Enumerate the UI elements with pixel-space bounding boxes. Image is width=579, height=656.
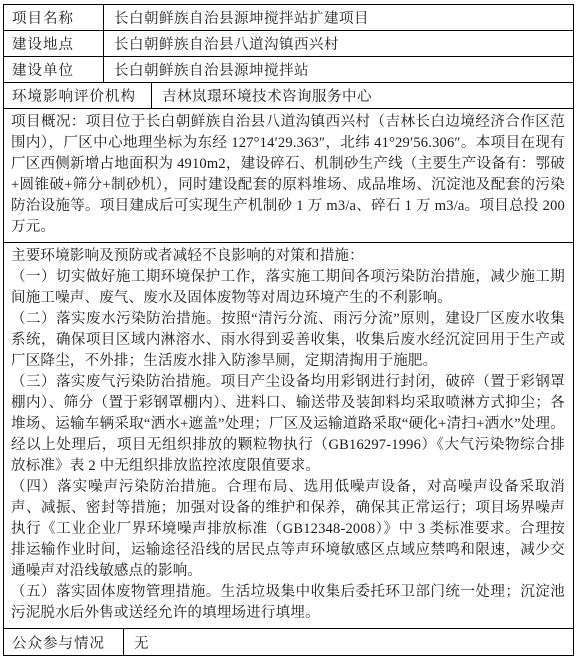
row-measures: 主要环境影响及预防或者减轻不良影响的对策和措施： （一）切实做好施工期环境保护工… (4, 243, 573, 629)
eia-agency-value: 吉林岚璟环境技术咨询服务中心 (152, 83, 573, 108)
construction-unit-label: 建设单位 (4, 57, 104, 82)
eia-agency-label: 环境影响评价机构 (4, 83, 152, 108)
project-overview-text: 项目概况：项目位于长白朝鲜族自治县八道沟镇西兴村（吉林长白边境经济合作区范围内）… (11, 112, 565, 238)
measures-heading: 主要环境影响及预防或者减轻不良影响的对策和措施： (11, 246, 565, 267)
measure-item-noise: （四）落实噪声污染防治措施。合理布局、选用低噪声设备，对高噪声设备采取消声、减振… (11, 477, 565, 582)
public-participation-value: 无 (124, 629, 573, 655)
construction-unit-value: 长白朝鲜族自治县源坤搅拌站 (104, 57, 573, 82)
measure-item-construction: （一）切实做好施工期环境保护工作，落实施工期间各项污染防治措施，减少施工期间施工… (11, 267, 565, 309)
public-participation-label: 公众参与情况 (4, 629, 124, 655)
row-project-overview: 项目概况：项目位于长白朝鲜族自治县八道沟镇西兴村（吉林长白边境经济合作区范围内）… (4, 109, 573, 243)
document-page: { "colors": { "page_background": "#fffff… (0, 0, 579, 594)
measures-cell: 主要环境影响及预防或者减轻不良影响的对策和措施： （一）切实做好施工期环境保护工… (4, 243, 573, 628)
row-construction-unit: 建设单位 长白朝鲜族自治县源坤搅拌站 (4, 57, 573, 83)
measure-item-waste-gas: （三）落实废气污染防治措施。项目产尘设备均用彩钢进行封闭，破碎（置于彩钢罩棚内）… (11, 372, 565, 477)
measure-item-solid-waste: （五）落实固体废物管理措施。生活垃圾集中收集后委托环卫部门统一处理；沉淀池污泥脱… (11, 582, 565, 624)
row-public-participation: 公众参与情况 无 (4, 629, 573, 655)
row-construction-site: 建设地点 长白朝鲜族自治县八道沟镇西兴村 (4, 31, 573, 57)
project-name-label: 项目名称 (4, 5, 104, 30)
row-eia-agency: 环境影响评价机构 吉林岚璟环境技术咨询服务中心 (4, 83, 573, 109)
project-overview-cell: 项目概况：项目位于长白朝鲜族自治县八道沟镇西兴村（吉林长白边境经济合作区范围内）… (4, 109, 573, 242)
row-project-name: 项目名称 长白朝鲜族自治县源坤搅拌站扩建项目 (4, 5, 573, 31)
measure-item-wastewater: （二）落实废水污染防治措施。按照“清污分流、雨污分流”原则，建设厂区废水收集系统… (11, 309, 565, 372)
project-name-value: 长白朝鲜族自治县源坤搅拌站扩建项目 (104, 5, 573, 30)
eia-announcement-table: 项目名称 长白朝鲜族自治县源坤搅拌站扩建项目 建设地点 长白朝鲜族自治县八道沟镇… (3, 4, 574, 656)
construction-site-label: 建设地点 (4, 31, 104, 56)
construction-site-value: 长白朝鲜族自治县八道沟镇西兴村 (104, 31, 573, 56)
